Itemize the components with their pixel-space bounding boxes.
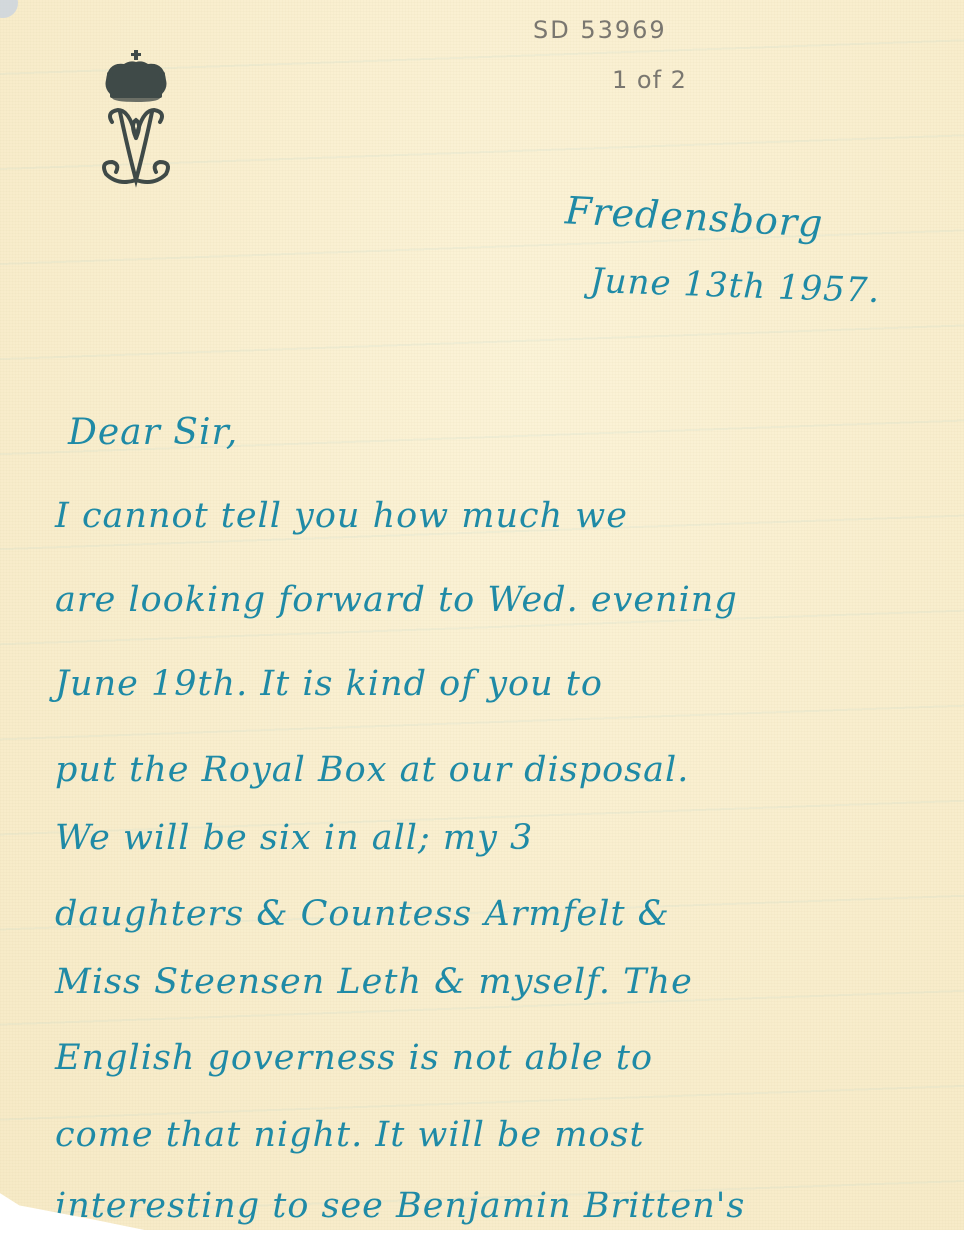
body-line: English governess is not able to xyxy=(55,1038,653,1078)
body-line: Miss Steensen Leth & myself. The xyxy=(55,962,693,1002)
body-line: come that night. It will be most xyxy=(55,1115,645,1155)
corner-stain xyxy=(0,0,18,18)
body-line: are looking forward to Wed. evening xyxy=(55,580,738,620)
body-line: interesting to see Benjamin Britten's xyxy=(55,1186,745,1226)
body-line: I cannot tell you how much we xyxy=(55,496,628,536)
letter-place: Fredensborg xyxy=(564,188,824,245)
archive-page-count: 1 of 2 xyxy=(612,66,687,94)
body-line: June 19th. It is kind of you to xyxy=(55,664,603,704)
body-line: put the Royal Box at our disposal. xyxy=(55,750,689,790)
salutation: Dear Sir, xyxy=(68,412,238,453)
letter-date: June 13th 1957. xyxy=(589,261,881,311)
archive-reference: SD 53969 xyxy=(533,16,667,44)
body-line: daughters & Countess Armfelt & xyxy=(55,894,670,934)
royal-monogram-icon xyxy=(96,50,176,190)
letter-paper: SD 53969 1 of 2 Fredensborg June 13 xyxy=(0,0,964,1230)
body-line: We will be six in all; my 3 xyxy=(55,818,533,858)
